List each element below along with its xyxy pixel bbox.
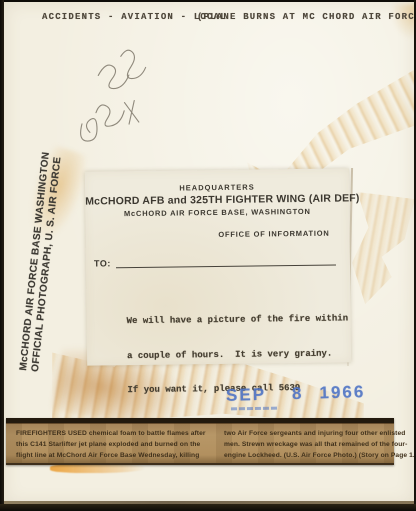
typed-message-line1: We will have a picture of the fire withi…: [127, 313, 349, 327]
stamp-wing: McCHORD AFB and 325TH FIGHTER WING (AIR …: [85, 192, 349, 207]
stamp-office-of-information: OFFICE OF INFORMATION: [218, 229, 329, 239]
office-information-slip: HEADQUARTERS McCHORD AFB and 325TH FIGHT…: [85, 168, 351, 365]
to-blank-line: [116, 255, 336, 269]
handwritten-note: [52, 40, 202, 160]
scan-edge-left: [0, 0, 4, 511]
caption-left-line3: flight line at McChord Air Force Base We…: [16, 450, 206, 461]
caption-left-line2: this C141 Starlifter jet plane exploded …: [16, 439, 206, 450]
date-stamp-year: 1966: [319, 382, 365, 403]
scan-edge-bottom: [0, 504, 416, 511]
handwriting-strokes: [52, 40, 202, 160]
caption-right-line1: two Air Force sergeants and injuring fou…: [224, 428, 416, 439]
caption-left-line1: FIREFIGHTERS USED chemical foam to battl…: [16, 428, 206, 439]
scan-edge-top: [0, 0, 416, 2]
date-stamp-month: SEP: [226, 385, 267, 406]
caption-column-right: two Air Force sergeants and injuring fou…: [224, 428, 416, 463]
glue-stain-top-right: [247, 54, 416, 186]
stamp-headquarters: HEADQUARTERS: [85, 181, 349, 193]
archive-subject: (PLANE BURNS AT MC CHORD AIR FORCE BASE): [197, 12, 416, 22]
date-stamp-smudge: [231, 407, 277, 414]
date-stamp-day: 8: [292, 384, 304, 404]
newspaper-caption-clipping: FIREFIGHTERS USED chemical foam to battl…: [6, 418, 394, 465]
typed-message-line2: a couple of hours. It is very grainy.: [127, 348, 349, 362]
date-stamp: SEP 8 1966: [226, 382, 366, 406]
photo-back-scan: { "header": { "category_line": "ACCIDENT…: [0, 0, 416, 511]
caption-right-line2: men. Strewn wreckage was all that remain…: [224, 439, 416, 450]
caption-right-line3: engine Lockheed. (U.S. Air Force Photo.)…: [224, 450, 416, 461]
caption-column-left: FIREFIGHTERS USED chemical foam to battl…: [16, 428, 210, 463]
to-label: TO:: [94, 258, 111, 268]
stamp-base: McCHORD AIR FORCE BASE, WASHINGTON: [85, 206, 349, 218]
photo-back-paper: ACCIDENTS - AVIATION - LOCAL (PLANE BURN…: [4, 2, 414, 504]
official-photo-stamp: McCHORD AIR FORCE BASE WASHINGTON OFFICI…: [18, 159, 64, 372]
to-field: TO:: [94, 255, 336, 269]
glue-stain-right-edge: [352, 192, 416, 310]
